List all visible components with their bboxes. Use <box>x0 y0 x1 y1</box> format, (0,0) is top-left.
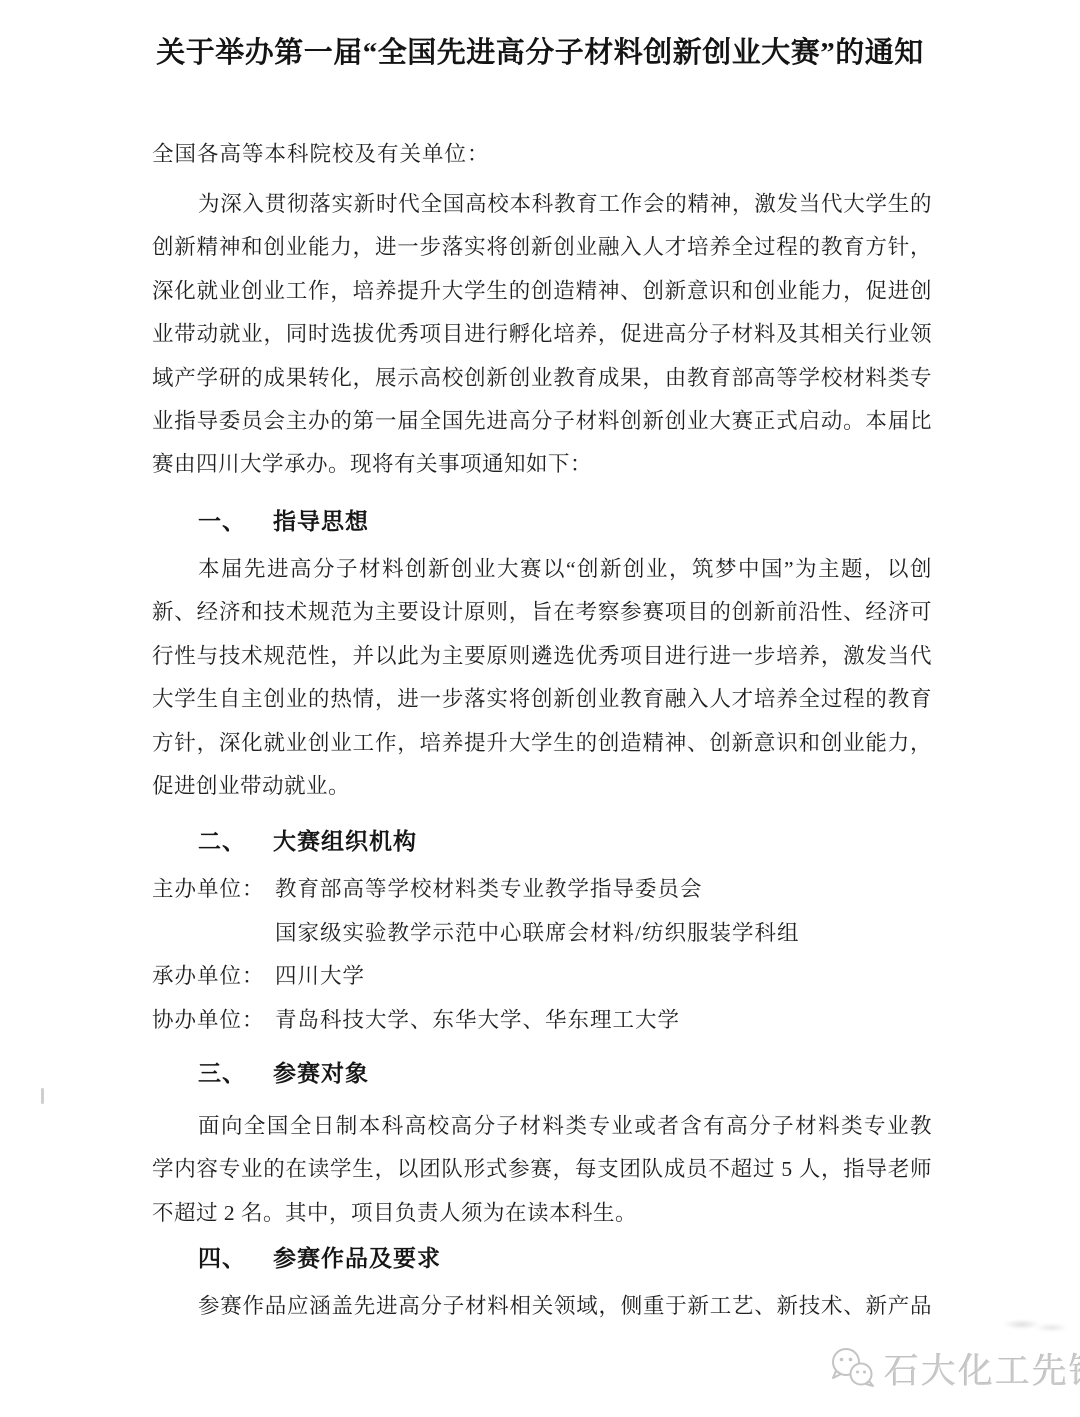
organizer-value: 教育部高等学校材料类专业教学指导委员会 <box>275 877 703 901</box>
text-line: 业带动就业，同时选拔优秀项目进行孵化培养，促进高分子材料及其相关行业领 <box>152 313 932 356</box>
section-title: 指导思想 <box>273 509 369 534</box>
text-line: 创新精神和创业能力，进一步落实将创新创业融入人才培养全过程的教育方针， <box>152 226 932 269</box>
text-line: 为深入贯彻落实新时代全国高校本科教育工作会的精神，激发当代大学生的 <box>152 183 932 226</box>
section-heading-3: 三、参赛对象 <box>152 1058 932 1090</box>
section-4-paragraph: 参赛作品应涵盖先进高分子材料相关领域，侧重于新工艺、新技术、新产品 <box>152 1285 932 1328</box>
text-line: 参赛作品应涵盖先进高分子材料相关领域，侧重于新工艺、新技术、新产品 <box>152 1285 932 1328</box>
organizer-host-line-2: 国家级实验教学示范中心联席会材料/纺织服装学科组 <box>152 912 952 956</box>
organizer-host-line: 主办单位：教育部高等学校材料类专业教学指导委员会 <box>152 868 952 912</box>
section-title: 参赛作品及要求 <box>273 1246 441 1271</box>
section-number: 四、 <box>198 1243 273 1275</box>
watermark-label: 石大化工先锋 <box>884 1344 1080 1394</box>
text-line: 业指导委员会主办的第一届全国先进高分子材料创新创业大赛正式启动。本届比 <box>152 400 932 443</box>
text-line: 行性与技术规范性，并以此为主要原则遴选优秀项目进行进一步培养，激发当代 <box>152 635 932 678</box>
text-line: 新、经济和技术规范为主要设计原则，旨在考察参赛项目的创新前沿性、经济可 <box>152 591 932 634</box>
section-number: 一、 <box>198 506 273 538</box>
section-title: 参赛对象 <box>273 1061 369 1086</box>
section-heading-2: 二、大赛组织机构 <box>152 826 932 858</box>
scan-artifact-mark <box>41 1088 44 1104</box>
text-line: 方针，深化就业创业工作，培养提升大学生的创造精神、创新意识和创业能力， <box>152 722 932 765</box>
intro-paragraph: 为深入贯彻落实新时代全国高校本科教育工作会的精神，激发当代大学生的创新精神和创业… <box>152 183 932 487</box>
section-number: 三、 <box>198 1058 273 1090</box>
organizer-label: 主办单位： <box>152 868 275 912</box>
wechat-icon <box>828 1345 878 1393</box>
organizer-list: 主办单位：教育部高等学校材料类专业教学指导委员会 国家级实验教学示范中心联席会材… <box>152 868 952 1042</box>
text-line: 赛由四川大学承办。现将有关事项通知如下： <box>152 443 932 486</box>
salutation-line: 全国各高等本科院校及有关单位： <box>152 136 942 172</box>
scan-artifact-smudge <box>1002 1318 1068 1334</box>
section-1-paragraph: 本届先进高分子材料创新创业大赛以“创新创业，筑梦中国”为主题，以创新、经济和技术… <box>152 548 932 808</box>
text-line: 深化就业创业工作，培养提升大学生的创造精神、创新意识和创业能力，促进创 <box>152 270 932 313</box>
text-line: 面向全国全日制本科高校高分子材料类专业或者含有高分子材料类专业教 <box>152 1105 932 1148</box>
organizer-value: 四川大学 <box>275 964 365 988</box>
section-title: 大赛组织机构 <box>273 829 417 854</box>
section-heading-1: 一、指导思想 <box>152 506 932 538</box>
section-3-paragraph: 面向全国全日制本科高校高分子材料类专业或者含有高分子材料类专业教学内容专业的在读… <box>152 1105 932 1235</box>
text-line: 域产学研的成果转化，展示高校创新创业教育成果，由教育部高等学校材料类专 <box>152 357 932 400</box>
section-number: 二、 <box>198 826 273 858</box>
wechat-watermark: 石大化工先锋 <box>828 1344 1080 1394</box>
document-title: 关于举办第一届“全国先进高分子材料创新创业大赛”的通知 <box>0 30 1080 71</box>
organizer-undertaker-line: 承办单位：四川大学 <box>152 955 952 999</box>
text-line: 大学生自主创业的热情，进一步落实将创新创业教育融入人才培养全过程的教育 <box>152 678 932 721</box>
organizer-value: 国家级实验教学示范中心联席会材料/纺织服装学科组 <box>275 921 799 945</box>
scanned-notice-page: 关于举办第一届“全国先进高分子材料创新创业大赛”的通知 全国各高等本科院校及有关… <box>0 0 1080 1417</box>
text-line: 本届先进高分子材料创新创业大赛以“创新创业，筑梦中国”为主题，以创 <box>152 548 932 591</box>
organizer-value: 青岛科技大学、东华大学、华东理工大学 <box>275 1008 680 1032</box>
text-line: 促进创业带动就业。 <box>152 765 932 808</box>
text-line: 不超过 2 名。其中，项目负责人须为在读本科生。 <box>152 1192 932 1235</box>
organizer-coorganizer-line: 协办单位：青岛科技大学、东华大学、华东理工大学 <box>152 999 952 1043</box>
section-heading-4: 四、参赛作品及要求 <box>152 1243 932 1275</box>
text-line: 学内容专业的在读学生，以团队形式参赛，每支团队成员不超过 5 人，指导老师 <box>152 1148 932 1191</box>
organizer-label: 承办单位： <box>152 955 275 999</box>
organizer-label: 协办单位： <box>152 999 275 1043</box>
